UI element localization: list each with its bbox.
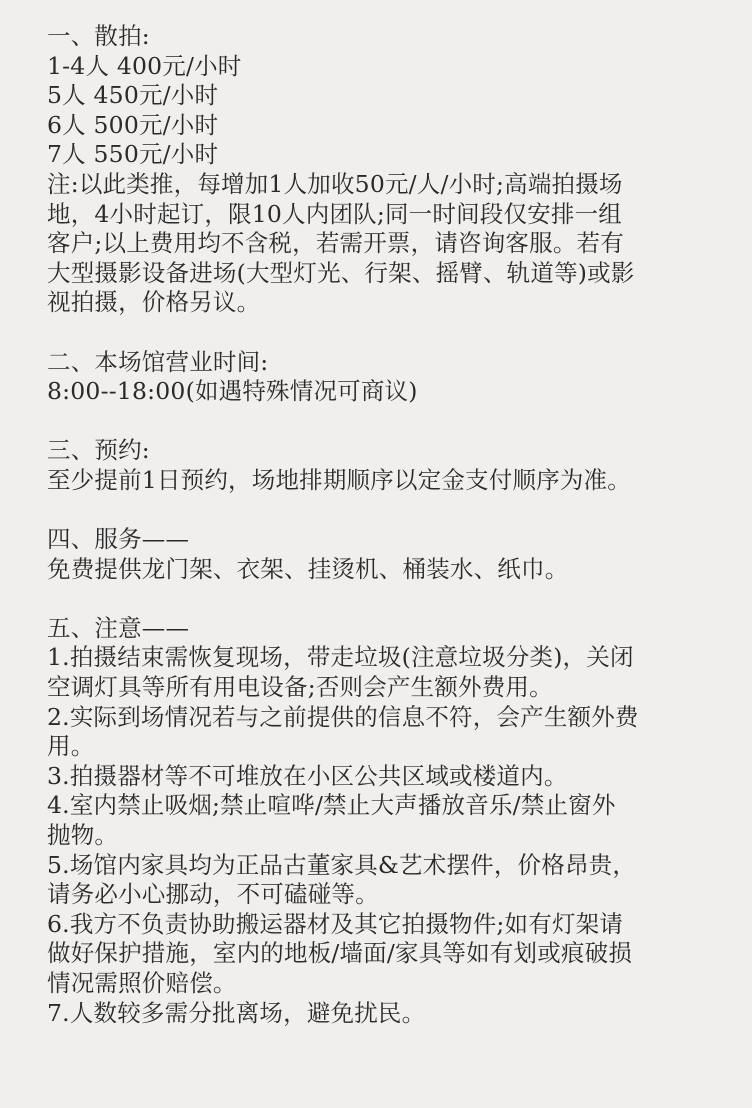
notice-line: 5.场馆内家具均为正品古董家具&艺术摆件，价格昂贵， [47,851,727,881]
note-line: 大型摄影设备进场(大型灯光、行架、摇臂、轨道等)或影 [47,259,727,289]
section-spacer [47,318,727,348]
note-line: 视拍摄，价格另议。 [47,288,727,318]
notice-line: 用。 [47,732,727,762]
notice-line: 6.我方不负责协助搬运器材及其它拍摄物件;如有灯架请 [47,910,727,940]
notice-line: 4.室内禁止吸烟;禁止喧哗/禁止大声播放音乐/禁止窗外 [47,791,727,821]
services-line: 免费提供龙门架、衣架、挂烫机、桶装水、纸巾。 [47,555,727,585]
booking-line: 至少提前1日预约，场地排期顺序以定金支付顺序为准。 [47,466,727,496]
note-line: 客户;以上费用均不含税，若需开票，请咨询客服。若有 [47,229,727,259]
section-notices: 五、注意—— 1.拍摄结束需恢复现场，带走垃圾(注意垃圾分类)，关闭 空调灯具等… [47,614,727,1028]
section-heading: 四、服务—— [47,525,727,555]
price-line: 7人 550元/小时 [47,140,727,170]
notice-line: 3.拍摄器材等不可堆放在小区公共区域或楼道内。 [47,762,727,792]
price-line: 5人 450元/小时 [47,81,727,111]
notice-line: 空调灯具等所有用电设备;否则会产生额外费用。 [47,673,727,703]
section-booking: 三、预约: 至少提前1日预约，场地排期顺序以定金支付顺序为准。 [47,436,727,495]
section-heading: 二、本场馆营业时间: [47,348,727,378]
notice-line: 情况需照价赔偿。 [47,969,727,999]
section-spacer [47,407,727,437]
price-line: 6人 500元/小时 [47,111,727,141]
notice-line: 1.拍摄结束需恢复现场，带走垃圾(注意垃圾分类)，关闭 [47,643,727,673]
notice-line: 抛物。 [47,821,727,851]
notice-line: 7.人数较多需分批离场，避免扰民。 [47,999,727,1029]
section-pricing: 一、散拍: 1-4人 400元/小时 5人 450元/小时 6人 500元/小时… [47,22,727,318]
note-line: 地，4小时起订，限10人内团队;同一时间段仅安排一组 [47,200,727,230]
section-heading: 三、预约: [47,436,727,466]
section-heading: 一、散拍: [47,22,727,52]
notice-line: 做好保护措施，室内的地板/墙面/家具等如有划或痕破损 [47,939,727,969]
section-heading: 五、注意—— [47,614,727,644]
price-line: 1-4人 400元/小时 [47,52,727,82]
section-spacer [47,496,727,526]
section-spacer [47,584,727,614]
note-line: 注:以此类推，每增加1人加收50元/人/小时;高端拍摄场 [47,170,727,200]
notice-line: 请务必小心挪动，不可磕碰等。 [47,880,727,910]
hours-line: 8:00--18:00(如遇特殊情况可商议) [47,377,727,407]
document-body: 一、散拍: 1-4人 400元/小时 5人 450元/小时 6人 500元/小时… [47,22,727,1028]
section-hours: 二、本场馆营业时间: 8:00--18:00(如遇特殊情况可商议) [47,348,727,407]
notice-line: 2.实际到场情况若与之前提供的信息不符，会产生额外费 [47,703,727,733]
section-services: 四、服务—— 免费提供龙门架、衣架、挂烫机、桶装水、纸巾。 [47,525,727,584]
